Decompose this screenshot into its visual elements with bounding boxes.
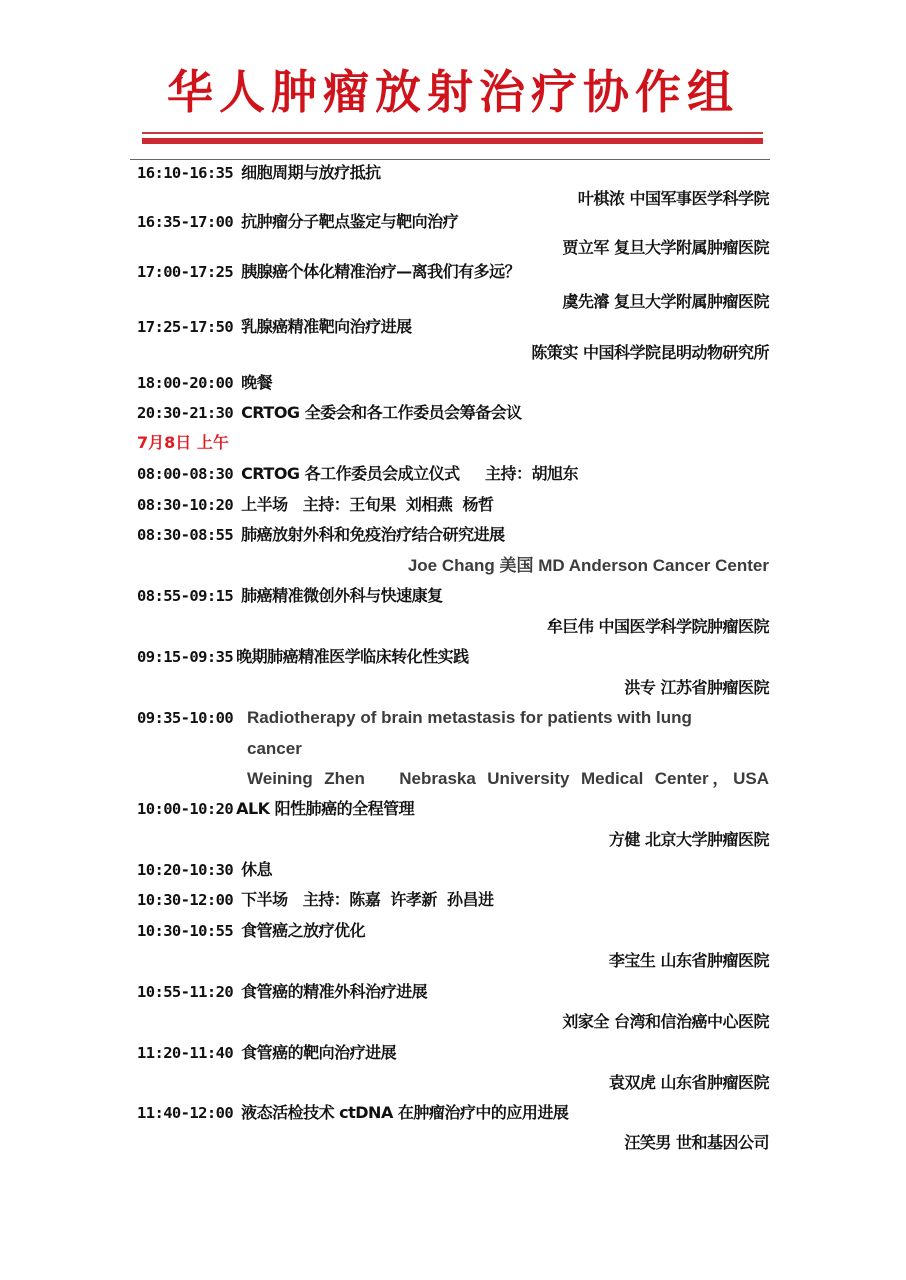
session-time: 10:55-11:20 (137, 983, 233, 1001)
session-topic: 晚餐 (241, 373, 272, 392)
session-time: 08:55-09:15 (137, 587, 233, 605)
session-topic: 细胞周期与放疗抵抗 (241, 163, 381, 182)
session-time: 17:00-17:25 (137, 263, 233, 281)
session-topic: 食管癌之放疗优化 (241, 921, 365, 940)
session-speaker: 陈策实 中国科学院昆明动物研究所 (531, 340, 769, 366)
schedule-row: 08:55-09:15肺癌精准微创外科与快速康复 (137, 583, 769, 609)
session-speaker: 洪专 江苏省肿瘤医院 (624, 675, 769, 701)
session-time: 09:35-10:00 (137, 709, 233, 727)
session-topic: 晚期肺癌精准医学临床转化性实践 (236, 647, 469, 666)
schedule-row: 10:30-10:55食管癌之放疗优化 (137, 918, 769, 944)
session-topic: 肺癌精准微创外科与快速康复 (241, 586, 443, 605)
session-topic: 乳腺癌精准靶向治疗进展 (241, 317, 412, 336)
session-time: 10:00-10:20 (137, 800, 233, 818)
session-time: 11:20-11:40 (137, 1044, 233, 1062)
session-topic-en: Radiotherapy of brain metastasis for pat… (247, 705, 692, 731)
day-heading: 7月8日 上午 (137, 430, 229, 456)
session-speaker: 刘家全 台湾和信治癌中心医院 (562, 1009, 769, 1035)
session-topic-en-continued: cancer (247, 736, 302, 762)
session-time: 10:20-10:30 (137, 861, 233, 879)
session-topic: 肺癌放射外科和免疫治疗结合研究进展 (241, 525, 505, 544)
schedule-row: 08:30-10:20上半场 主持：王旬果 刘相燕 杨哲 (137, 492, 769, 518)
session-speaker: 李宝生 山东省肿瘤医院 (609, 948, 769, 974)
session-time: 10:30-10:55 (137, 922, 233, 940)
schedule-row: 17:00-17:25胰腺癌个体化精准治疗—离我们有多远？ (137, 259, 769, 285)
session-topic: 上半场 主持：王旬果 刘相燕 杨哲 (241, 495, 494, 514)
session-topic: 下半场 主持：陈嘉 许孝新 孙昌进 (241, 890, 494, 909)
session-time: 18:00-20:00 (137, 374, 233, 392)
session-time: 09:15-09:35 (137, 648, 233, 666)
schedule-row: 08:30-08:55肺癌放射外科和免疫治疗结合研究进展 (137, 522, 769, 548)
schedule-row: 09:15-09:35晚期肺癌精准医学临床转化性实践 (137, 644, 769, 670)
session-time: 10:30-12:00 (137, 891, 233, 909)
session-topic: 液态活检技术 ctDNA 在肿瘤治疗中的应用进展 (241, 1103, 568, 1122)
session-time: 08:00-08:30 (137, 465, 233, 483)
schedule-row: 10:55-11:20食管癌的精准外科治疗进展 (137, 979, 769, 1005)
schedule-row: 08:00-08:30CRTOG 各工作委员会成立仪式 主持：胡旭东 (137, 461, 769, 487)
session-speaker: Weining Zhen Nebraska University Medical… (247, 766, 769, 792)
session-speaker: 牟巨伟 中国医学科学院肿瘤医院 (547, 614, 769, 640)
session-time: 16:10-16:35 (137, 164, 233, 182)
session-speaker: 虞先濬 复旦大学附属肿瘤医院 (562, 289, 769, 315)
organization-title: 华人肿瘤放射治疗协作组 (0, 66, 906, 118)
session-time: 17:25-17:50 (137, 318, 233, 336)
schedule-row: 18:00-20:00晚餐 (137, 370, 769, 396)
schedule-row: 11:20-11:40食管癌的靶向治疗进展 (137, 1040, 769, 1066)
session-time: 08:30-10:20 (137, 496, 233, 514)
session-speaker: 贾立军 复旦大学附属肿瘤医院 (562, 235, 769, 261)
session-topic: 食管癌的靶向治疗进展 (241, 1043, 396, 1062)
session-topic: 胰腺癌个体化精准治疗—离我们有多远？ (241, 262, 520, 281)
schedule-row: 16:10-16:35细胞周期与放疗抵抗 (137, 160, 769, 186)
session-time: 08:30-08:55 (137, 526, 233, 544)
header-rule-thick (142, 138, 763, 144)
session-topic: CRTOG 全委会和各工作委员会筹备会议 (241, 403, 522, 422)
schedule-row: 10:30-12:00下半场 主持：陈嘉 许孝新 孙昌进 (137, 887, 769, 913)
schedule-row: 17:25-17:50乳腺癌精准靶向治疗进展 (137, 314, 769, 340)
session-speaker: Joe Chang 美国 MD Anderson Cancer Center (408, 553, 769, 579)
session-time: 11:40-12:00 (137, 1104, 233, 1122)
session-topic: 休息 (241, 860, 272, 879)
schedule-row: 10:20-10:30休息 (137, 857, 769, 883)
schedule-row: 11:40-12:00液态活检技术 ctDNA 在肿瘤治疗中的应用进展 (137, 1100, 769, 1126)
session-topic: CRTOG 各工作委员会成立仪式 主持：胡旭东 (241, 464, 578, 483)
session-topic: 抗肿瘤分子靶点鉴定与靶向治疗 (241, 212, 458, 231)
header-rule-thin (142, 132, 763, 134)
session-time: 16:35-17:00 (137, 213, 233, 231)
schedule-row: 20:30-21:30CRTOG 全委会和各工作委员会筹备会议 (137, 400, 769, 426)
session-topic: ALK 阳性肺癌的全程管理 (236, 799, 414, 818)
schedule-row: 10:00-10:20ALK 阳性肺癌的全程管理 (137, 796, 769, 822)
schedule-row: 16:35-17:00抗肿瘤分子靶点鉴定与靶向治疗 (137, 209, 769, 235)
session-topic: 食管癌的精准外科治疗进展 (241, 982, 427, 1001)
session-speaker: 袁双虎 山东省肿瘤医院 (609, 1070, 769, 1096)
session-speaker: 汪笑男 世和基因公司 (624, 1130, 769, 1156)
session-time: 20:30-21:30 (137, 404, 233, 422)
session-speaker: 方健 北京大学肿瘤医院 (609, 827, 769, 853)
